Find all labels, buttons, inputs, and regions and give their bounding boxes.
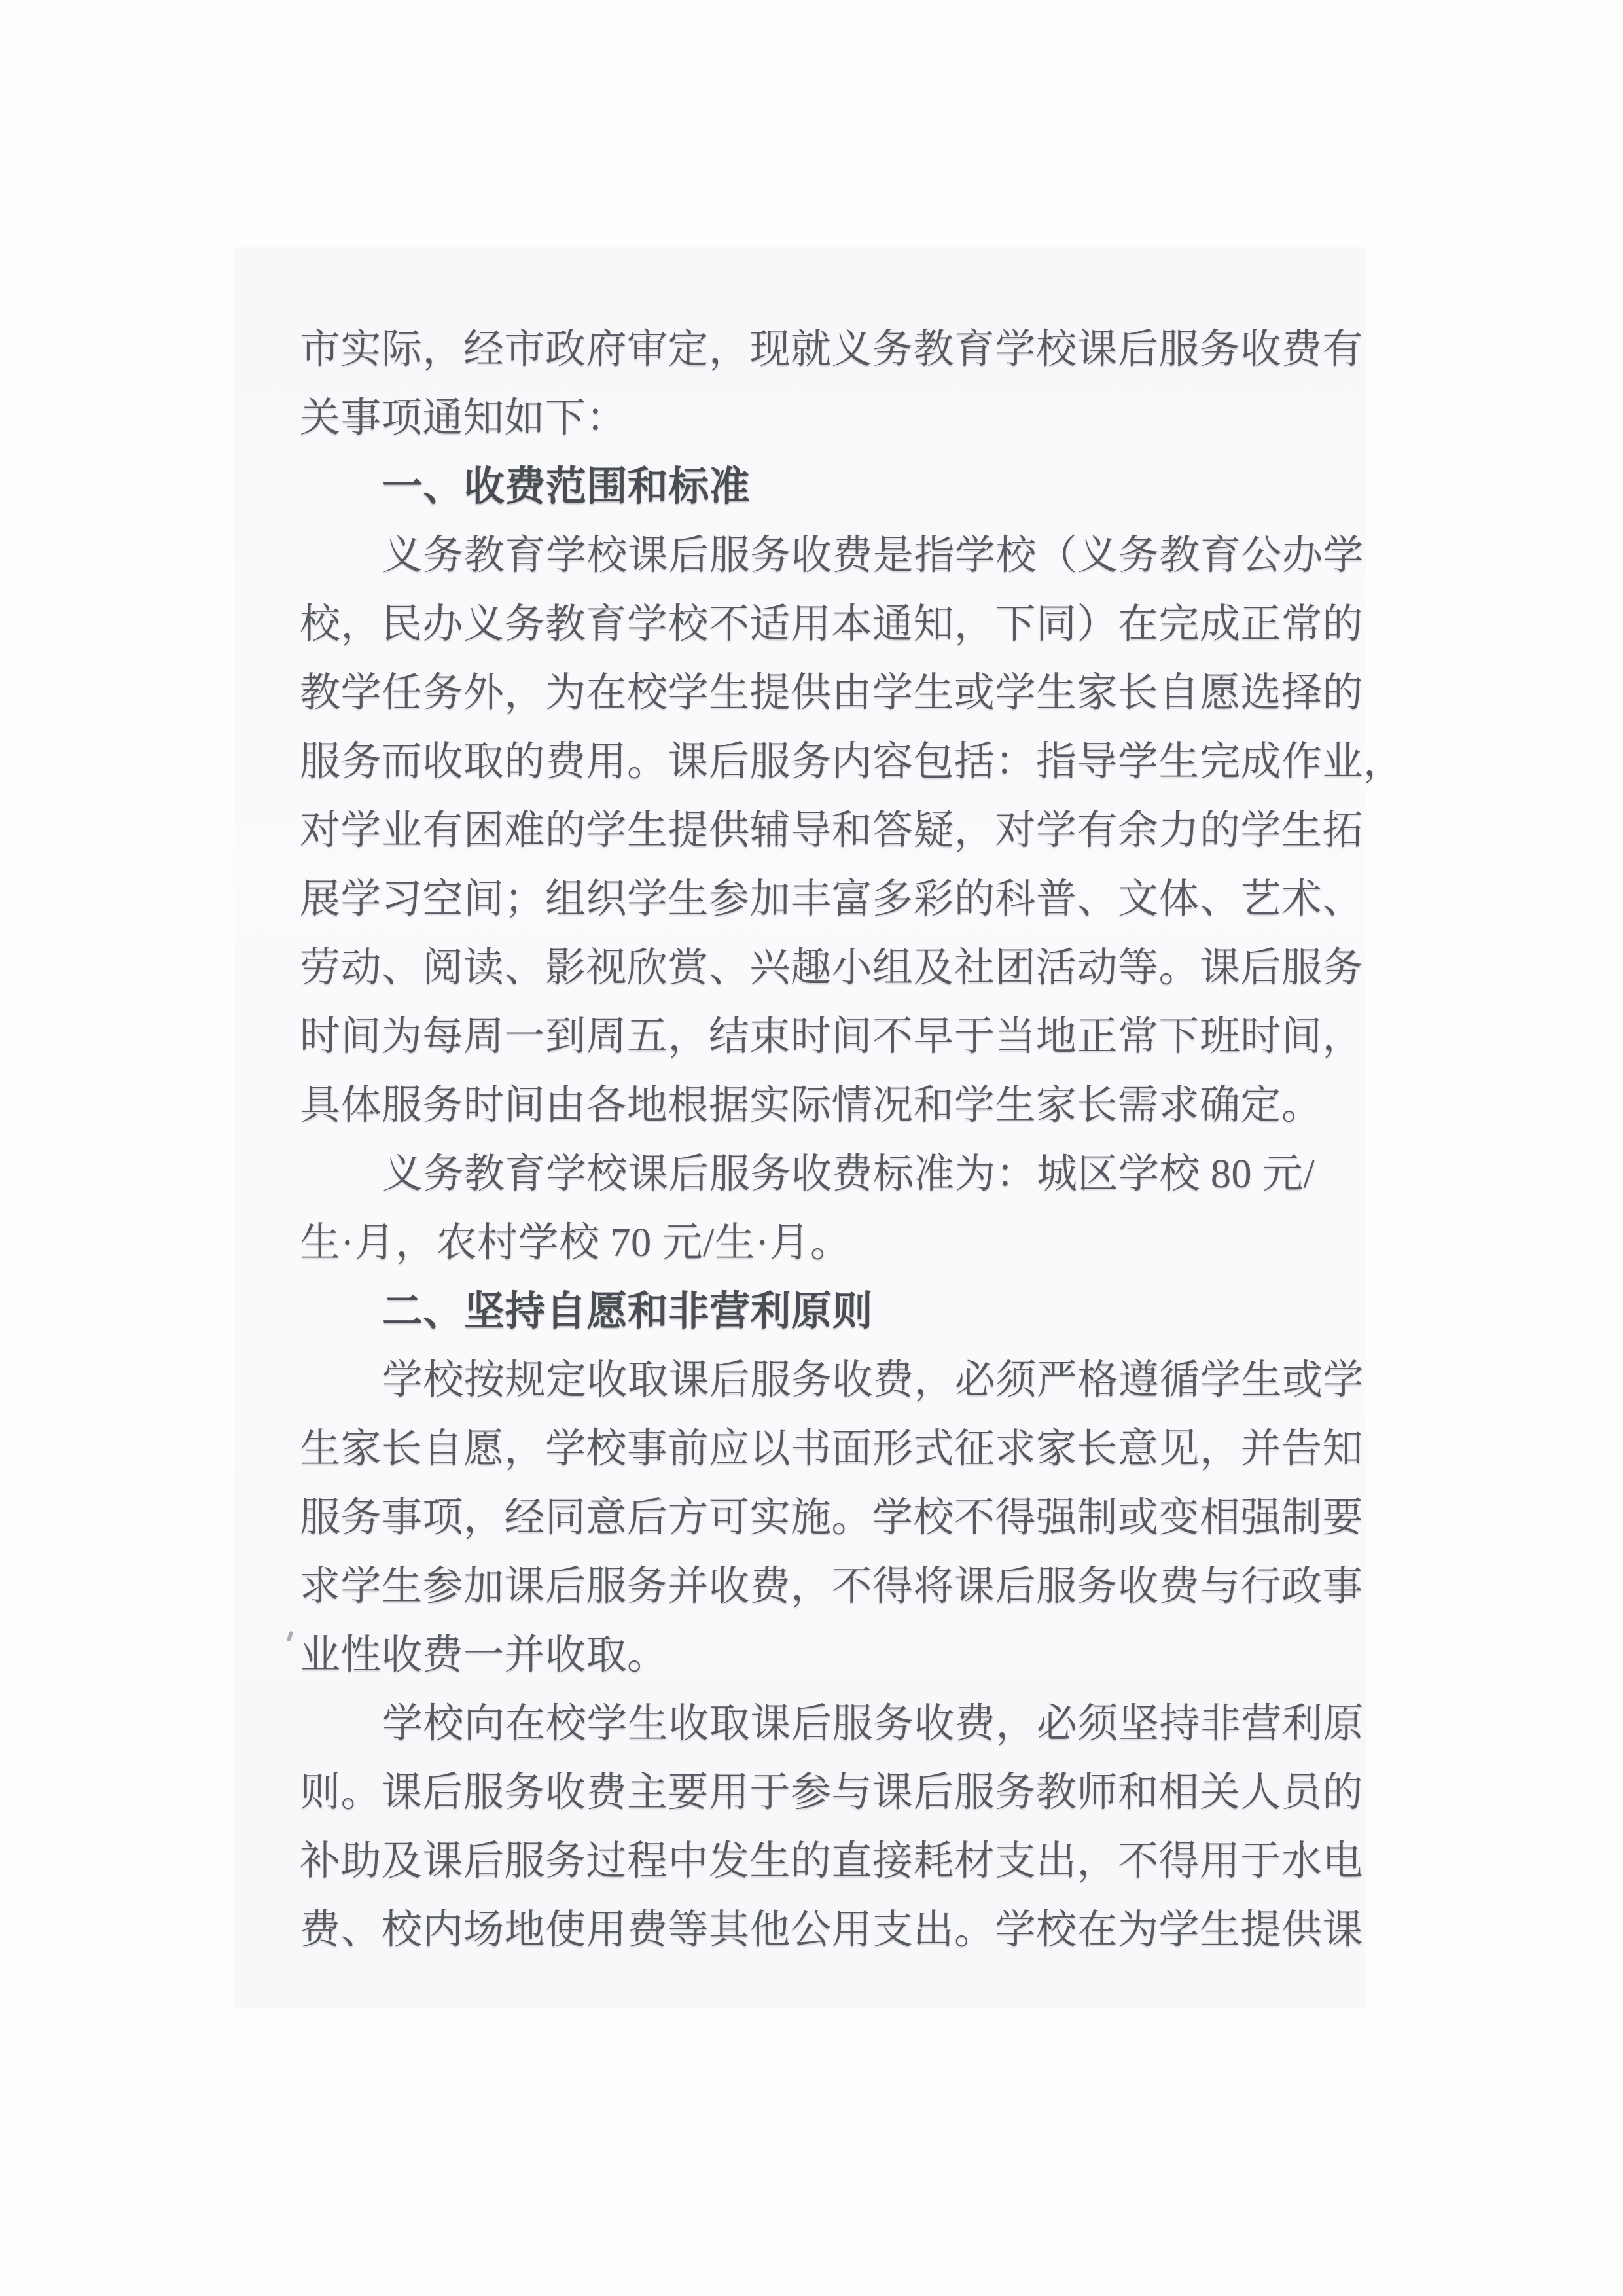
text-line: 业性收费一并收取。 (300, 1621, 1324, 1690)
text-line: 对学业有困难的学生提供辅导和答疑，对学有余力的学生拓 (300, 797, 1324, 865)
text-line: 关事项通知如下： (300, 384, 1324, 453)
text-line: 具体服务时间由各地根据实际情况和学生家长需求确定。 (300, 1071, 1324, 1140)
text-line: 服务事项，经同意后方可实施。学校不得强制或变相强制要 (300, 1484, 1324, 1552)
section-heading-1: 一、收费范围和标准 (300, 453, 1324, 522)
text-line: 时间为每周一到周五，结束时间不早于当地正常下班时间， (300, 1003, 1324, 1071)
document-text-block: 市实际，经市政府审定，现就义务教育学校课后服务收费有 关事项通知如下： 一、收费… (300, 315, 1324, 1965)
text-line: 展学习空间；组织学生参加丰富多彩的科普、文体、艺术、 (300, 865, 1324, 934)
text-line: 补助及课后服务过程中发生的直接耗材支出，不得用于水电 (300, 1827, 1324, 1896)
text-line: 校，民办义务教育学校不适用本通知，下同）在完成正常的 (300, 590, 1324, 659)
scanned-document-page: 市实际，经市政府审定，现就义务教育学校课后服务收费有 关事项通知如下： 一、收费… (0, 0, 1623, 2296)
text-line: 学校向在校学生收取课后服务收费，必须坚持非营利原 (300, 1690, 1324, 1759)
text-line: 生家长自愿，学校事前应以书面形式征求家长意见，并告知 (300, 1415, 1324, 1484)
text-line: 义务教育学校课后服务收费标准为：城区学校 80 元/ (300, 1140, 1324, 1209)
text-line: 则。课后服务收费主要用于参与课后服务教师和相关人员的 (300, 1759, 1324, 1827)
text-line: 劳动、阅读、影视欣赏、兴趣小组及社团活动等。课后服务 (300, 934, 1324, 1003)
text-line: 费、校内场地使用费等其他公用支出。学校在为学生提供课 (300, 1896, 1324, 1965)
text-line: 学校按规定收取课后服务收费，必须严格遵循学生或学 (300, 1346, 1324, 1415)
text-line: 求学生参加课后服务并收费，不得将课后服务收费与行政事 (300, 1552, 1324, 1621)
section-heading-2: 二、坚持自愿和非营利原则 (300, 1278, 1324, 1346)
text-line: 市实际，经市政府审定，现就义务教育学校课后服务收费有 (300, 315, 1324, 384)
text-line: 义务教育学校课后服务收费是指学校（义务教育公办学 (300, 522, 1324, 590)
text-line: 服务而收取的费用。课后服务内容包括：指导学生完成作业， (300, 728, 1324, 797)
text-line: 教学任务外，为在校学生提供由学生或学生家长自愿选择的 (300, 659, 1324, 728)
text-line: 生·月，农村学校 70 元/生·月。 (300, 1209, 1324, 1278)
